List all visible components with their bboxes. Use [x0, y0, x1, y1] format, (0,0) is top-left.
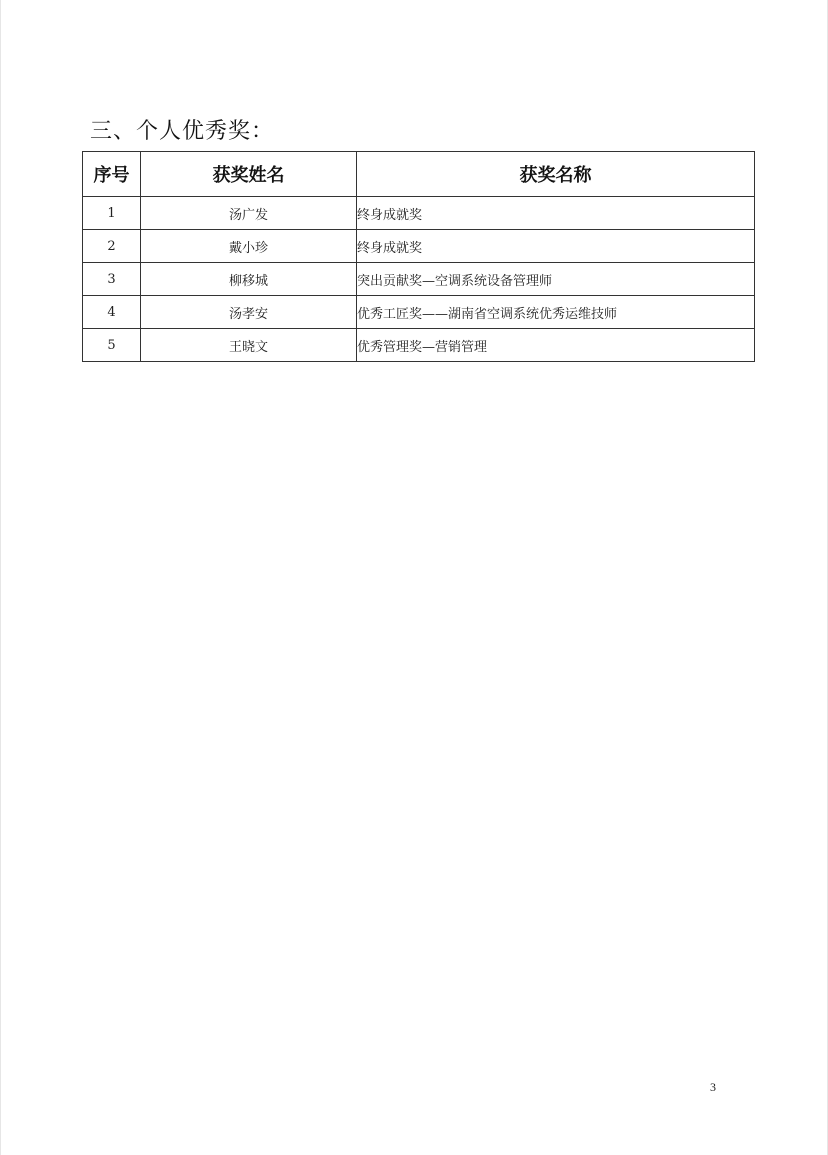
cell-number: 4 [83, 296, 141, 329]
cell-number: 3 [83, 263, 141, 296]
table-row: 4 汤孝安 优秀工匠奖——湖南省空调系统优秀运维技师 [83, 296, 755, 329]
cell-winner-name: 汤广发 [141, 197, 357, 230]
cell-number: 1 [83, 197, 141, 230]
cell-winner-name: 王晓文 [141, 329, 357, 362]
table-header-row: 序号 获奖姓名 获奖名称 [83, 152, 755, 197]
table-row: 2 戴小珍 终身成就奖 [83, 230, 755, 263]
cell-winner-name: 柳移城 [141, 263, 357, 296]
header-number: 序号 [83, 152, 141, 197]
cell-award-name: 优秀工匠奖——湖南省空调系统优秀运维技师 [357, 296, 755, 329]
cell-number: 2 [83, 230, 141, 263]
table-row: 5 王晓文 优秀管理奖—营销管理 [83, 329, 755, 362]
table-row: 1 汤广发 终身成就奖 [83, 197, 755, 230]
cell-award-name: 优秀管理奖—营销管理 [357, 329, 755, 362]
page-number: 3 [710, 1080, 716, 1095]
table-row: 3 柳移城 突出贡献奖—空调系统设备管理师 [83, 263, 755, 296]
awards-table: 序号 获奖姓名 获奖名称 1 汤广发 终身成就奖 2 戴小珍 终身成就奖 3 柳… [82, 151, 755, 362]
cell-award-name: 终身成就奖 [357, 197, 755, 230]
cell-number: 5 [83, 329, 141, 362]
cell-award-name: 终身成就奖 [357, 230, 755, 263]
header-winner-name: 获奖姓名 [141, 152, 357, 197]
header-award-name: 获奖名称 [357, 152, 755, 197]
cell-winner-name: 戴小珍 [141, 230, 357, 263]
page-edge [0, 0, 1, 1155]
section-title: 三、个人优秀奖： [90, 114, 274, 145]
cell-award-name: 突出贡献奖—空调系统设备管理师 [357, 263, 755, 296]
cell-winner-name: 汤孝安 [141, 296, 357, 329]
